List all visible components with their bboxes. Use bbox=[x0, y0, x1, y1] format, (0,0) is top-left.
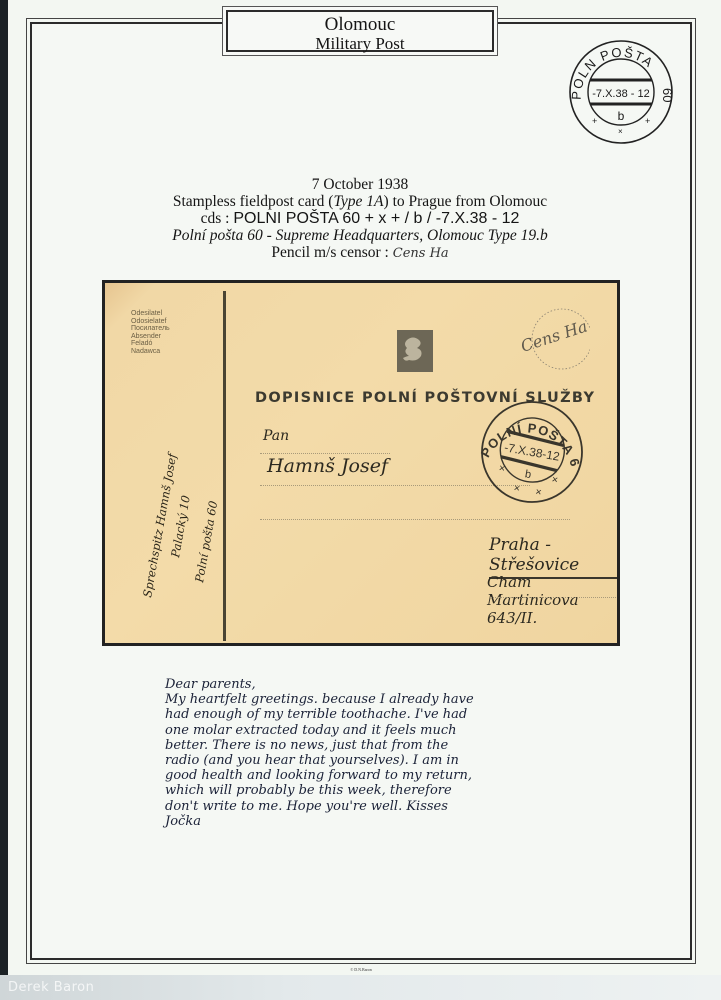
sender-label: Odesilatel bbox=[131, 310, 170, 318]
address-line bbox=[260, 453, 390, 454]
field-post-postmark: POLNÍ POŠTA 60 -7.X.38-12 b ✕ ✕ ✕ ✕ bbox=[476, 396, 588, 508]
svg-text:+: + bbox=[645, 116, 650, 126]
card-type-prefix: Stampless fieldpost card ( bbox=[173, 193, 334, 210]
title-box: Olomouc Military Post bbox=[222, 6, 498, 56]
sender-label: Feladó bbox=[131, 340, 170, 348]
svg-text:b: b bbox=[524, 468, 532, 481]
svg-text:Palacký 10: Palacký 10 bbox=[168, 494, 193, 559]
svg-text:✕: ✕ bbox=[498, 464, 506, 474]
item-description: 7 October 1938 Stampless fieldpost card … bbox=[100, 176, 620, 262]
svg-text:Polní pošta 60: Polní pošta 60 bbox=[192, 500, 220, 585]
letter-translation: Dear parents, My heartfelt greetings. be… bbox=[165, 677, 585, 829]
cds-prefix: cds : bbox=[201, 210, 234, 227]
svg-text:✕: ✕ bbox=[513, 483, 521, 493]
coat-of-arms-icon bbox=[397, 330, 433, 372]
description-unit: Polní pošta 60 - Supreme Headquarters, O… bbox=[100, 227, 620, 244]
cds-value: POLNI POŠTA 60 + x + / b / -7.X.38 - 12 bbox=[233, 210, 519, 227]
cds-postmark-illustration: POLN POŠTA 60 -7.X.38 - 12 b + + × bbox=[567, 38, 675, 146]
svg-text:60: 60 bbox=[660, 88, 675, 102]
page-subtitle: Military Post bbox=[228, 35, 492, 53]
card-type-label: Type 1A bbox=[333, 193, 383, 210]
svg-text:Cens Ha: Cens Ha bbox=[518, 316, 589, 355]
address-name: Hamnš Josef bbox=[267, 455, 388, 477]
sender-label: Посилатель bbox=[131, 325, 170, 333]
copyright-note: © D.N.Baron bbox=[330, 967, 392, 972]
address-salutation: Pan bbox=[263, 428, 289, 444]
address-line bbox=[260, 519, 570, 520]
svg-text:b: b bbox=[618, 109, 625, 123]
scan-edge bbox=[0, 0, 8, 1000]
address-street: Cham Martinicova 643/II. bbox=[487, 573, 617, 627]
svg-text:+: + bbox=[592, 116, 597, 126]
description-card-type: Stampless fieldpost card (Type 1A) to Pr… bbox=[100, 193, 620, 210]
sender-label: Absender bbox=[131, 333, 170, 341]
svg-text:×: × bbox=[618, 127, 623, 136]
page-title: Olomouc bbox=[228, 15, 492, 35]
card-divider bbox=[223, 291, 226, 641]
censor-prefix: Pencil m/s censor : bbox=[271, 244, 392, 261]
fieldpost-card: Odesilatel Odosielatef Посилатель Absend… bbox=[102, 280, 620, 646]
svg-text:-7.X.38 - 12: -7.X.38 - 12 bbox=[592, 88, 649, 100]
sender-labels: Odesilatel Odosielatef Посилатель Absend… bbox=[131, 310, 170, 355]
svg-text:✕: ✕ bbox=[534, 487, 542, 497]
description-censor: Pencil m/s censor : Cens Ha bbox=[100, 244, 620, 262]
sender-label: Nadawca bbox=[131, 348, 170, 356]
address-line bbox=[490, 597, 620, 598]
description-date: 7 October 1938 bbox=[100, 176, 620, 193]
censor-value: Cens Ha bbox=[393, 246, 449, 261]
card-type-suffix: ) to Prague from Olomouc bbox=[384, 193, 548, 210]
svg-text:✕: ✕ bbox=[551, 475, 559, 485]
sender-handwriting: Sprechspitz Hamnš Josef Palacký 10 Polní… bbox=[111, 408, 221, 608]
description-cds: cds : POLNI POŠTA 60 + x + / b / -7.X.38… bbox=[100, 210, 620, 227]
sender-label: Odosielatef bbox=[131, 318, 170, 326]
censor-mark: Cens Ha bbox=[510, 303, 590, 373]
watermark: Derek Baron bbox=[8, 980, 94, 995]
footer-band bbox=[0, 975, 721, 1000]
